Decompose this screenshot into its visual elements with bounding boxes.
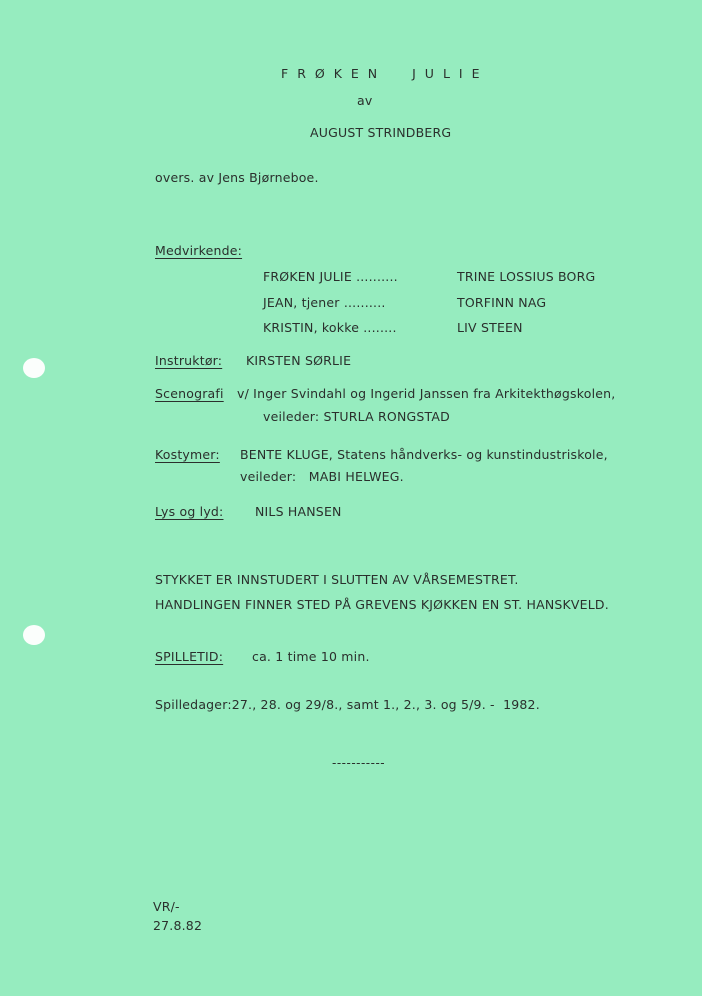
cast-role: KRISTIN, kokke ........	[263, 320, 397, 335]
cast-role: JEAN, tjener ..........	[263, 295, 386, 310]
scenography-text: v/ Inger Svindahl og Ingerid Janssen fra…	[237, 386, 615, 401]
reference-code: VR/-	[153, 899, 180, 914]
cast-actor: LIV STEEN	[457, 320, 523, 335]
scenography-supervisor: veileder: STURLA RONGSTAD	[263, 409, 450, 424]
play-title: FRØKEN JULIE	[281, 66, 489, 81]
document-page: FRØKEN JULIE av AUGUST STRINDBERG overs.…	[0, 0, 702, 996]
separator: -----------	[332, 756, 385, 770]
note-line: HANDLINGEN FINNER STED PÅ GREVENS KJØKKE…	[155, 597, 609, 612]
cast-actor: TORFINN NAG	[457, 295, 546, 310]
by-text: av	[357, 93, 372, 108]
director-label: Instruktør:	[155, 353, 222, 368]
cast-label: Medvirkende:	[155, 243, 242, 258]
scenography-label: Scenografi	[155, 386, 224, 401]
performance-dates: Spilledager:27., 28. og 29/8., samt 1., …	[155, 697, 540, 712]
costumes-label: Kostymer:	[155, 447, 220, 462]
light-sound-name: NILS HANSEN	[255, 504, 342, 519]
note-line: STYKKET ER INNSTUDERT I SLUTTEN AV VÅRSE…	[155, 572, 519, 587]
costumes-text: BENTE KLUGE, Statens håndverks- og kunst…	[240, 447, 608, 462]
punch-hole	[23, 358, 45, 378]
runtime-value: ca. 1 time 10 min.	[252, 649, 370, 664]
light-sound-label: Lys og lyd:	[155, 504, 223, 519]
runtime-label: SPILLETID:	[155, 649, 223, 664]
cast-actor: TRINE LOSSIUS BORG	[457, 269, 595, 284]
cast-role: FRØKEN JULIE ..........	[263, 269, 398, 284]
punch-hole	[23, 625, 45, 645]
costumes-supervisor: veileder: MABI HELWEG.	[240, 469, 404, 484]
author-name: AUGUST STRINDBERG	[310, 125, 451, 140]
director-name: KIRSTEN SØRLIE	[246, 353, 351, 368]
document-date: 27.8.82	[153, 918, 202, 933]
translation-credit: overs. av Jens Bjørneboe.	[155, 170, 319, 185]
